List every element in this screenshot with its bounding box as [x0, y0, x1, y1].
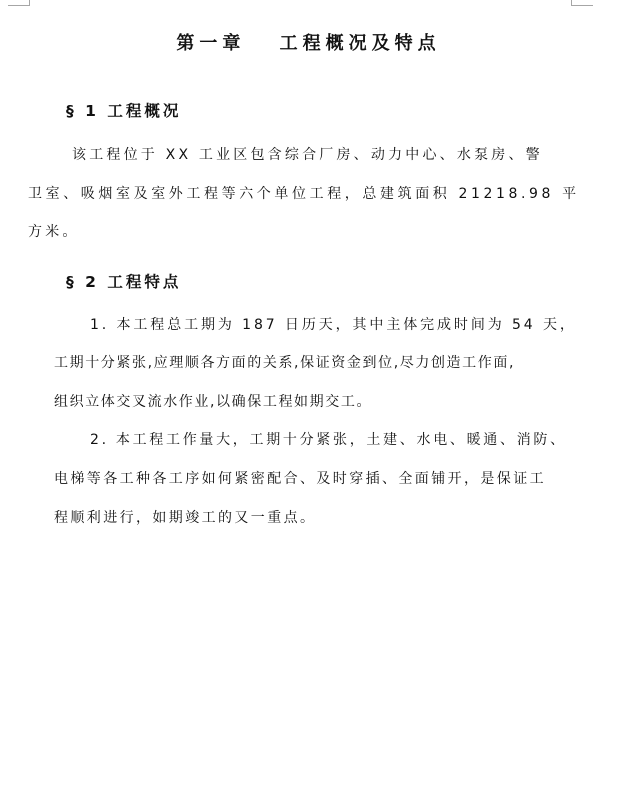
page-corner-mark-top-right: [571, 0, 593, 6]
section-heading-2: § 2 工程特点: [66, 270, 181, 292]
chapter-title: 第一章 工程概况及特点: [0, 29, 617, 55]
paragraph-line: 1. 本工程总工期为 187 日历天，其中主体完成时间为 54 天，: [90, 316, 577, 334]
paragraph-line: 该工程位于 XX 工业区包含综合厂房、动力中心、水泵房、警: [72, 146, 543, 164]
paragraph-line: 程顺利进行，如期竣工的又一重点。: [54, 509, 316, 527]
paragraph-line: 组织立体交叉流水作业,以确保工程如期交工。: [54, 393, 372, 411]
paragraph-line: 工期十分紧张,应理顺各方面的关系,保证资金到位,尽力创造工作面,: [54, 354, 515, 372]
paragraph-line: 2. 本工程工作量大，工期十分紧张，土建、水电、暖通、消防、: [90, 431, 567, 449]
paragraph-line: 方米。: [28, 223, 80, 241]
page-corner-mark-top-left: [8, 0, 30, 6]
paragraph-line: 卫室、吸烟室及室外工程等六个单位工程，总建筑面积 21218.98 平: [28, 185, 580, 203]
paragraph-line: 电梯等各工种各工序如何紧密配合、及时穿插、全面铺开，是保证工: [54, 470, 546, 488]
section-heading-1: § 1 工程概况: [66, 99, 181, 121]
